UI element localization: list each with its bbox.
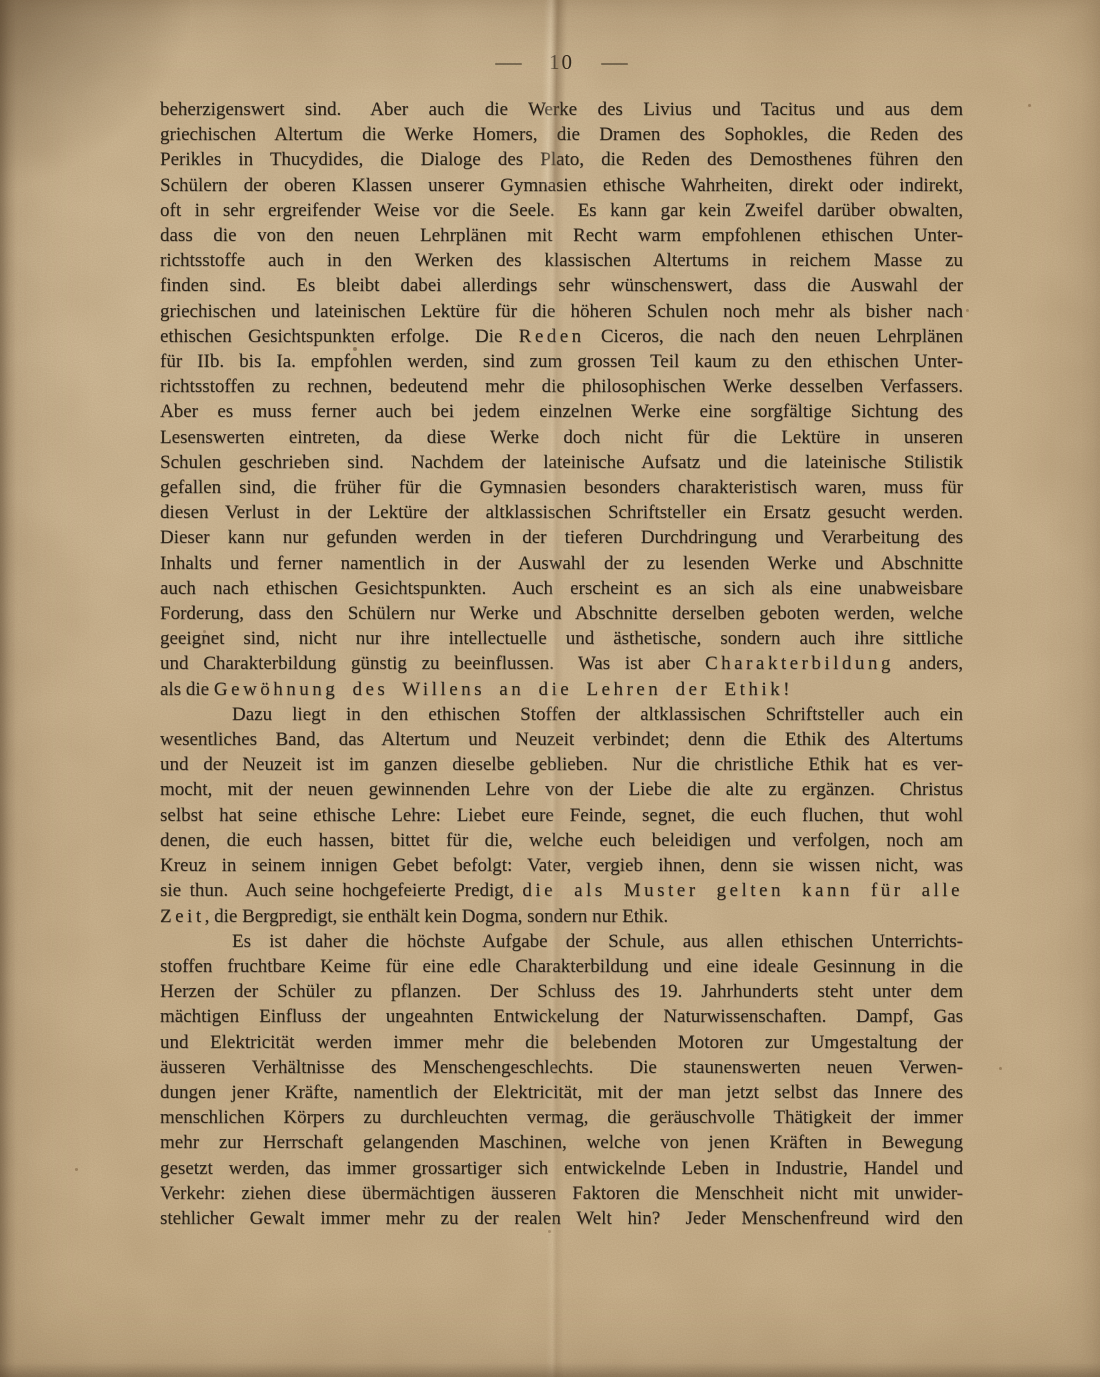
text-line: richtsstoffe auch in den Werken des klas… [160,248,963,273]
text-line: dungen jener Kräfte, namentlich der Elek… [160,1080,963,1105]
text-segment: Es ist daher die höchste Aufgabe der Sch… [232,931,963,952]
text-line: stehlicher Gewalt immer mehr zu der real… [160,1206,963,1231]
text-segment: dass die von den neuen Lehrplänen mit Re… [160,225,963,246]
text-segment: mehr zur Herrschaft gelangenden Maschine… [160,1132,963,1153]
text-segment: Ciceros, die nach den neuen Lehrplänen [585,326,963,347]
text-line: sie thun. Auch seine hochgefeierte Predi… [160,878,963,903]
text-segment: und der Neuzeit ist im ganzen dieselbe g… [160,754,963,775]
text-block: beherzigenswert sind. Aber auch die Werk… [160,97,963,1231]
scanned-book-page: —10— beherzigenswert sind. Aber auch die… [0,0,1100,1377]
text-segment: richtsstoffe auch in den Werken des klas… [160,250,963,271]
text-segment: griechischen und lateinischen Lektüre fü… [160,301,963,322]
folio-dash-left: — [495,50,521,75]
text-segment: Herzen der Schüler zu pflanzen. Der Schl… [160,981,963,1002]
text-line: für IIb. bis Ia. empfohlen werden, sind … [160,349,963,374]
text-line: finden sind. Es bleibt dabei allerdings … [160,273,963,298]
text-segment: menschlichen Körpers zu durchleuchten ve… [160,1107,963,1128]
text-line: äusseren Verhältnisse des Menschengeschl… [160,1055,963,1080]
paper-fleck [1028,104,1031,107]
text-segment: und Charakterbildung günstig zu beeinflu… [160,653,705,674]
text-segment: Lesenswerten eintreten, da diese Werke d… [160,427,963,448]
text-segment: Schulen geschrieben sind. Nachdem der la… [160,452,963,473]
text-segment: ! [783,679,789,700]
text-line: wesentliches Band, das Altertum und Neuz… [160,727,963,752]
text-segment: Dazu liegt in den ethischen Stoffen der … [232,704,963,725]
text-segment: selbst hat seine ethische Lehre: Liebet … [160,805,963,826]
text-segment: diesen Verlust in der Lektüre der altkla… [160,502,963,523]
text-line: menschlichen Körpers zu durchleuchten ve… [160,1105,963,1130]
text-line: selbst hat seine ethische Lehre: Liebet … [160,803,963,828]
text-line: mocht, mit der neuen gewinnenden Lehre v… [160,777,963,802]
text-line: Dieser kann nur gefunden werden in der t… [160,525,963,550]
text-segment: Aber es muss ferner auch bei jedem einze… [160,401,963,422]
text-line: ethischen Gesichtspunkten erfolge. Die R… [160,324,963,349]
paper-fleck [75,1168,78,1171]
text-segment: und Elektricität werden immer mehr die b… [160,1032,963,1053]
emphasized-letterspaced-text: Zeit [160,906,205,927]
text-line: gefallen sind, die früher für die Gymnas… [160,475,963,500]
text-line: dass die von den neuen Lehrplänen mit Re… [160,223,963,248]
text-segment: Kreuz in seinem innigen Gebet befolgt: V… [160,855,963,876]
text-segment: oft in sehr ergreifender Weise vor die S… [160,200,963,221]
text-segment: äusseren Verhältnisse des Menschengeschl… [160,1057,963,1078]
emphasized-letterspaced-text: Charakterbildung [705,653,894,674]
text-line: geeignet sind, nicht nur ihre intellectu… [160,626,963,651]
text-line: diesen Verlust in der Lektüre der altkla… [160,500,963,525]
text-line: Perikles in Thucydides, die Dialoge des … [160,147,963,172]
text-line: richtsstoffen zu rechnen, bedeutend mehr… [160,374,963,399]
text-line: beherzigenswert sind. Aber auch die Werk… [160,97,963,122]
text-segment: Dieser kann nur gefunden werden in der t… [160,527,963,548]
text-line: Aber es muss ferner auch bei jedem einze… [160,399,963,424]
text-line: Herzen der Schüler zu pflanzen. Der Schl… [160,979,963,1004]
text-line: auch nach ethischen Gesichtspunkten. Auc… [160,576,963,601]
text-segment: stehlicher Gewalt immer mehr zu der real… [160,1208,963,1229]
text-line: Forderung, dass den Schülern nur Werke u… [160,601,963,626]
text-line: mehr zur Herrschaft gelangenden Maschine… [160,1130,963,1155]
text-segment: finden sind. Es bleibt dabei allerdings … [160,275,963,296]
text-segment: Schülern der oberen Klassen unserer Gymn… [160,175,963,196]
text-line: und Charakterbildung günstig zu beeinflu… [160,651,963,676]
text-segment: mocht, mit der neuen gewinnenden Lehre v… [160,779,963,800]
text-line: Dazu liegt in den ethischen Stoffen der … [160,702,963,727]
text-line: griechischen und lateinischen Lektüre fü… [160,299,963,324]
text-line: oft in sehr ergreifender Weise vor die S… [160,198,963,223]
text-segment: gesetzt werden, das immer grossartiger s… [160,1158,963,1179]
text-line: Lesenswerten eintreten, da diese Werke d… [160,425,963,450]
text-segment: , die Bergpredigt, sie enthält kein Dogm… [205,906,668,927]
emphasized-letterspaced-text: Gewöhnung des Willens an die Lehren der … [214,679,783,700]
text-segment: sie thun. Auch seine hochgefeierte Predi… [160,880,522,901]
text-segment: ethischen Gesichtspunkten erfolge. Die [160,326,519,347]
paper-fleck [999,1067,1002,1070]
text-line: Es ist daher die höchste Aufgabe der Sch… [160,929,963,954]
page-number: 10 [549,50,574,75]
text-segment: stoffen fruchtbare Keime für eine edle C… [160,956,963,977]
text-line: griechischen Altertum die Werke Homers, … [160,122,963,147]
text-segment: dungen jener Kräfte, namentlich der Elek… [160,1082,963,1103]
emphasized-letterspaced-text: die als Muster gelten kann für alle [522,880,963,901]
text-line: als die Gewöhnung des Willens an die Leh… [160,677,963,702]
text-segment: mächtigen Einfluss der ungeahnten Entwic… [160,1006,963,1027]
emphasized-letterspaced-text: Reden [519,326,585,347]
text-segment: beherzigenswert sind. Aber auch die Werk… [160,99,963,120]
text-line: Inhalts und ferner namentlich in der Aus… [160,551,963,576]
text-line: gesetzt werden, das immer grossartiger s… [160,1156,963,1181]
page-edge-bottom [0,1363,1100,1377]
text-segment: Perikles in Thucydides, die Dialoge des … [160,149,963,170]
text-segment: geeignet sind, nicht nur ihre intellectu… [160,628,963,649]
text-line: Schülern der oberen Klassen unserer Gymn… [160,173,963,198]
text-line: denen, die euch hassen, bittet für die, … [160,828,963,853]
text-segment: gefallen sind, die früher für die Gymnas… [160,477,963,498]
text-segment: anders, [894,653,963,674]
text-line: stoffen fruchtbare Keime für eine edle C… [160,954,963,979]
text-line: Schulen geschrieben sind. Nachdem der la… [160,450,963,475]
text-line: Zeit, die Bergpredigt, sie enthält kein … [160,904,963,929]
text-segment: als die [160,679,214,700]
folio-dash-right: — [601,50,627,75]
text-line: mächtigen Einfluss der ungeahnten Entwic… [160,1004,963,1029]
text-line: und der Neuzeit ist im ganzen dieselbe g… [160,752,963,777]
page-header: —10— [160,50,963,75]
text-segment: Verkehr: ziehen diese übermächtigen äuss… [160,1183,963,1204]
text-segment: griechischen Altertum die Werke Homers, … [160,124,963,145]
text-line: Verkehr: ziehen diese übermächtigen äuss… [160,1181,963,1206]
text-segment: Inhalts und ferner namentlich in der Aus… [160,553,963,574]
text-segment: denen, die euch hassen, bittet für die, … [160,830,963,851]
text-segment: auch nach ethischen Gesichtspunkten. Auc… [160,578,963,599]
text-segment: für IIb. bis Ia. empfohlen werden, sind … [160,351,963,372]
text-line: Kreuz in seinem innigen Gebet befolgt: V… [160,853,963,878]
text-segment: wesentliches Band, das Altertum und Neuz… [160,729,963,750]
text-segment: Forderung, dass den Schülern nur Werke u… [160,603,963,624]
page-edge-left [0,0,16,1377]
text-segment: richtsstoffen zu rechnen, bedeutend mehr… [160,376,963,397]
text-line: und Elektricität werden immer mehr die b… [160,1030,963,1055]
paper-fleck [966,309,969,312]
